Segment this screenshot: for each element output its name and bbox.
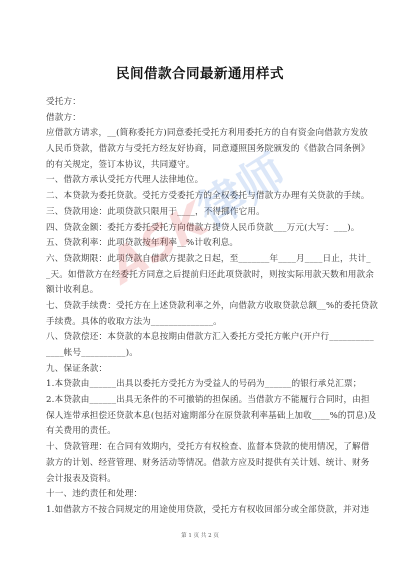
document-line: 三、贷款用途：此项贷款只限用于____，不得挪作它用。 (46, 205, 356, 221)
document-page: 民间借款合同最新通用样式 受托方：借款方：应借款方请求，__(简称委托方)同意委… (0, 0, 400, 565)
document-line: ____帐号__________)。 (46, 346, 356, 362)
document-line: 四、贷款金额：委托方委托受托方向借款方提贷人民币贷款___万元(大写：___)。 (46, 221, 356, 237)
document-line: 的有关规定，签订本协议，共同遵守。 (46, 158, 356, 174)
document-line: 八、贷款偿还：本贷款的本息按期由借款方汇入委托方受托方帐户(开户行_______… (46, 330, 356, 346)
document-line: _天。如借款方在经委托方同意之后提前归还此项贷款时，则按实际用款天数和用款余 (46, 268, 356, 284)
document-line: 六、贷款期限：此项贷款自借款方提款之日起，至_______年____月____日… (46, 252, 356, 268)
page-title: 民间借款合同最新通用样式 (0, 62, 400, 82)
document-line: 人民币贷款，借款方与受托方经友好协商，同意遵照国务院颁发的《借款合同条例》 (46, 142, 356, 158)
document-line: 2.本贷款由______出具无条件的不可撤销的担保函。当借款方不能履行合同时，由… (46, 393, 356, 409)
document-line: 手续费。具体的收取方法为______________。 (46, 315, 356, 331)
document-line: 受托方： (46, 95, 356, 111)
document-line: 会计报表及资料。 (46, 472, 356, 488)
document-line: 五、贷款利率：此项贷款按年利率__%计收利息。 (46, 236, 356, 252)
document-line: 七、贷款手续费：受托方在上述贷款利率之外，向借款方收取贷款总额__%的委托贷款 (46, 299, 356, 315)
document-line: 1.如借款方不按合同规定的用途使用贷款，受托方有权收回部分或全部贷款，并对违 (46, 503, 356, 519)
document-line: 1.本贷款由______出具以委托方受托方为受益人的号码为______的银行承兑… (46, 377, 356, 393)
document-line: 借款方： (46, 111, 356, 127)
document-line: 一、借款方承认受托方代理人法律地位。 (46, 173, 356, 189)
document-line: 九、保证条款： (46, 362, 356, 378)
document-line: 十、贷款管理：在合同有效期内，受托方有权检查、监督本贷款的使用情况，了解借 (46, 440, 356, 456)
document-line: 二、本贷款为委托贷款。受托方受委托方的全权委托与借款方办理有关贷款的手续。 (46, 189, 356, 205)
page-footer: 第 1 页 共 2 页 (0, 531, 400, 539)
document-line: 款方的计划、经营管理、财务活动等情况。借款方应及时提供有关计划、统计、财务 (46, 456, 356, 472)
document-line: 十一、违约责任和处理： (46, 487, 356, 503)
document-line: 保人连带承担偿还贷款本息(包括对逾期部分在原贷款利率基础上加收____%的罚息)… (46, 409, 356, 425)
document-line: 有关费用的责任。 (46, 424, 356, 440)
document-body: 受托方：借款方：应借款方请求，__(简称委托方)同意委托受托方利用委托方的自有资… (46, 95, 356, 519)
document-line: 额计收利息。 (46, 283, 356, 299)
document-line: 应借款方请求，__(简称委托方)同意委托受托方利用委托方的自有资金向借款方发放 (46, 126, 356, 142)
